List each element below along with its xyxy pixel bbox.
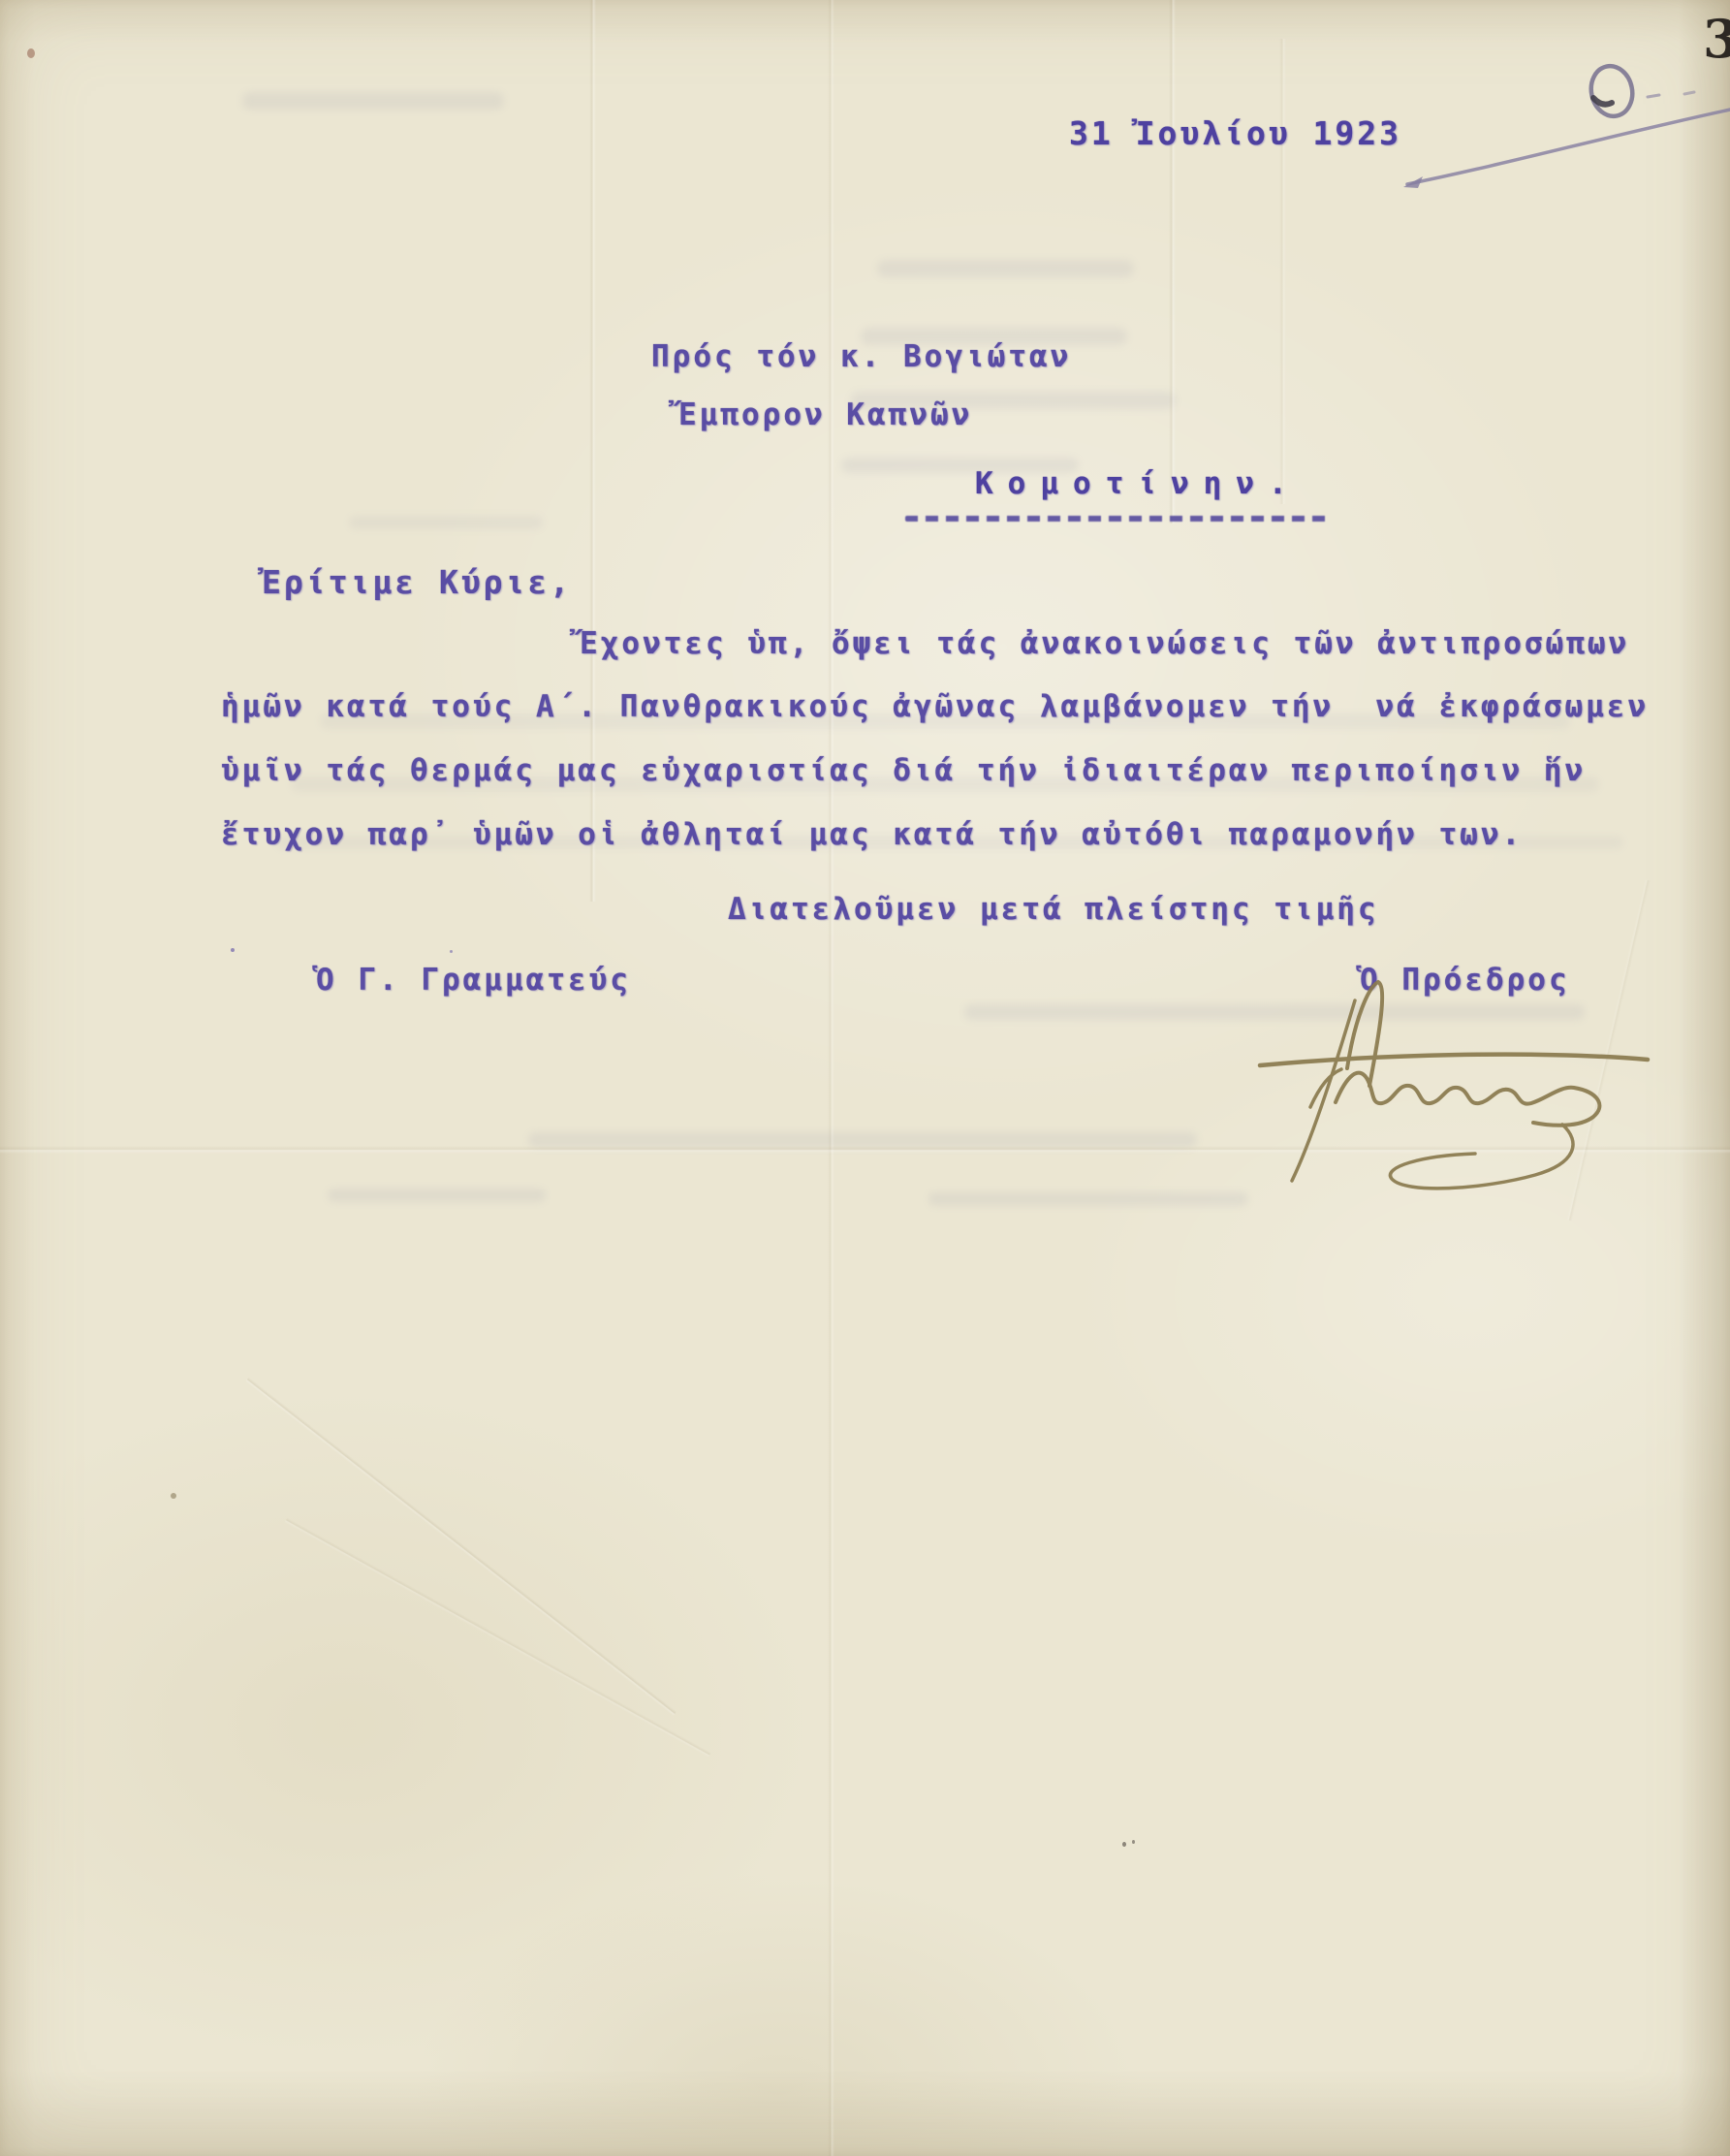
paper-speck [1122,1842,1126,1847]
bleedthrough-mark [328,1189,546,1202]
paper-speck [171,1493,176,1499]
paper-crease [828,0,834,2156]
recipient-city: Κομοτίνην. [975,466,1302,502]
paper-speck [27,48,35,58]
body-line-4: ἔτυχον παρ᾽ ὑμῶν οἱ ἀθληταί μας κατά τήν… [221,817,1523,853]
letter-date: 31 Ἰουλίου 1923 [1069,114,1401,153]
scanned-letter-page: 3 31 Ἰουλίου 1923 Πρός τόν κ. Βογιώταν Ἔ… [0,0,1730,2156]
paper-speck [1132,1840,1135,1844]
recipient-line-2: Ἔμπορον Καπνῶν [678,397,972,433]
bleedthrough-mark [928,1192,1248,1206]
president-signature [1241,969,1730,1207]
salutation: Ἐρίτιμε Κύριε, [262,563,572,602]
paper-crease [285,1517,711,1758]
paper-crease [245,1378,676,1716]
ink-dot [450,950,453,953]
body-line-3: ὑμῖν τάς θερμάς μας εὐχαριστίας διά τήν … [221,753,1586,789]
closing-line: Διατελοῦμεν μετά πλείστης τιμῆς [728,892,1379,928]
bleedthrough-mark [349,516,543,529]
body-line-1: Ἔχοντες ὑπ, ὄψει τάς ἀνακοινώσεις τῶν ἀν… [580,626,1629,662]
secretary-title: Ὁ Γ. Γραμματεύς [316,963,631,999]
body-line-2: ἡμῶν κατά τούς Α΄. Πανθρακικούς ἀγῶνας λ… [221,689,1649,725]
pencil-flourish [1407,109,1730,184]
recipient-line-1: Πρός τόν κ. Βογιώταν [651,339,1071,375]
paper-crease [1169,0,1176,523]
pencil-zero-icon [1587,62,1637,120]
bleedthrough-mark [242,92,504,110]
bleedthrough-mark [877,260,1134,277]
city-dashed-underline [905,516,1330,522]
ink-dot [231,948,235,952]
